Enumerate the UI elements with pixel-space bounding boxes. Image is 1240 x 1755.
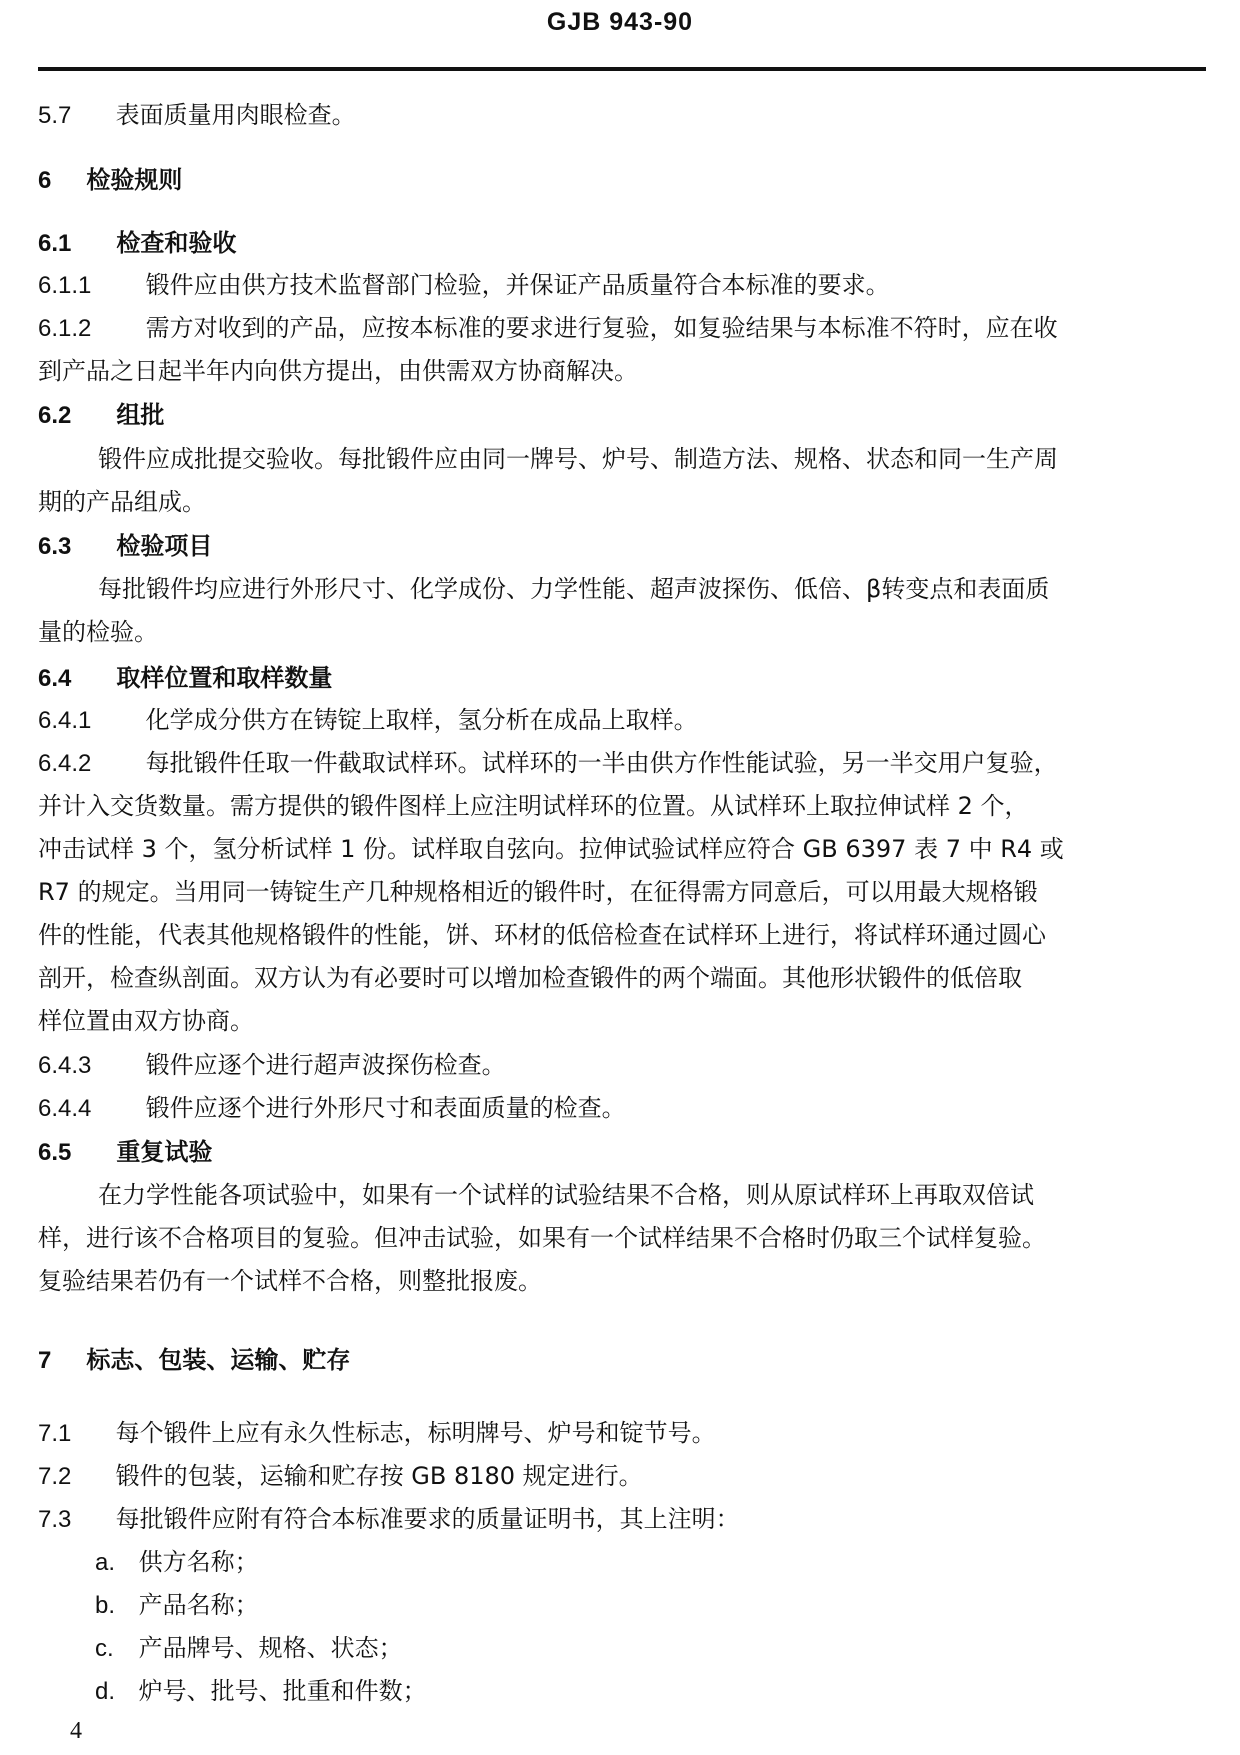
clause-6-1-1: 6.1.1 锻件应由供方技术监督部门检验，并保证产品质量符合本标准的要求。: [38, 270, 890, 301]
section-number: 6: [38, 166, 78, 196]
clause-text: 锻件的包装，运输和贮存按 GB 8180 规定进行。: [116, 1462, 643, 1490]
standard-code-header: GJB 943-90: [0, 8, 1240, 37]
header-rule: [38, 67, 1206, 71]
clause-6-4-4: 6.4.4 锻件应逐个进行外形尺寸和表面质量的检查。: [38, 1093, 626, 1124]
clause-number: 6.1: [38, 229, 108, 259]
section-title: 标志、包装、运输、贮存: [86, 1346, 350, 1374]
section-7-heading: 7 标志、包装、运输、贮存: [38, 1345, 350, 1376]
paragraph-line: 锻件应成批提交验收。每批锻件应由同一牌号、炉号、制造方法、规格、状态和同一生产周: [98, 444, 1058, 474]
list-item: c. 产品牌号、规格、状态；: [95, 1633, 403, 1664]
clause-6-1-heading: 6.1 检查和验收: [38, 228, 236, 259]
clause-number: 7.1: [38, 1419, 108, 1449]
clause-text: 每个锻件上应有永久性标志，标明牌号、炉号和锭节号。: [116, 1419, 716, 1447]
clause-text-line: 剖开，检查纵剖面。双方认为有必要时可以增加检查锻件的两个端面。其他形状锻件的低倍…: [38, 963, 1022, 993]
list-item: d. 炉号、批号、批重和件数；: [95, 1676, 427, 1707]
clause-number: 6.4.2: [38, 749, 138, 779]
clause-text-line: 到产品之日起半年内向供方提出，由供需双方协商解决。: [38, 356, 638, 386]
section-number: 7: [38, 1346, 78, 1376]
page-number: 4: [70, 1718, 82, 1745]
clause-number: 7.3: [38, 1505, 108, 1535]
list-item-text: 供方名称；: [139, 1548, 259, 1576]
list-item-text: 产品牌号、规格、状态；: [139, 1634, 403, 1662]
clause-7-2: 7.2 锻件的包装，运输和贮存按 GB 8180 规定进行。: [38, 1461, 643, 1492]
clause-title: 重复试验: [116, 1138, 212, 1166]
clause-number: 6.2: [38, 401, 108, 431]
clause-number: 6.5: [38, 1138, 108, 1168]
clause-6-1-2: 6.1.2 需方对收到的产品，应按本标准的要求进行复验，如复验结果与本标准不符时…: [38, 313, 1058, 344]
clause-6-5-heading: 6.5 重复试验: [38, 1137, 212, 1168]
paragraph-line: 期的产品组成。: [38, 487, 206, 517]
clause-title: 组批: [116, 401, 164, 429]
clause-6-4-3: 6.4.3 锻件应逐个进行超声波探伤检查。: [38, 1050, 506, 1081]
paragraph-line: 样，进行该不合格项目的复验。但冲击试验，如果有一个试样结果不合格时仍取三个试样复…: [38, 1223, 1046, 1253]
clause-6-2-heading: 6.2 组批: [38, 400, 164, 431]
clause-6-4-heading: 6.4 取样位置和取样数量: [38, 663, 332, 694]
clause-number: 6.1.2: [38, 314, 138, 344]
clause-title: 检查和验收: [116, 229, 236, 257]
list-marker: a.: [95, 1548, 131, 1578]
clause-text-line: R7 的规定。当用同一铸锭生产几种规格相近的锻件时，在征得需方同意后，可以用最大…: [38, 877, 1038, 907]
clause-number: 6.4.1: [38, 706, 138, 736]
clause-text: 锻件应由供方技术监督部门检验，并保证产品质量符合本标准的要求。: [146, 271, 890, 299]
paragraph-line: 量的检验。: [38, 617, 158, 647]
list-item-text: 产品名称；: [139, 1591, 259, 1619]
clause-text-line: 需方对收到的产品，应按本标准的要求进行复验，如复验结果与本标准不符时，应在收: [146, 314, 1058, 342]
paragraph-line: 复验结果若仍有一个试样不合格，则整批报废。: [38, 1266, 542, 1296]
clause-text: 锻件应逐个进行外形尺寸和表面质量的检查。: [146, 1094, 626, 1122]
clause-number: 6.3: [38, 532, 108, 562]
clause-number: 6.4.4: [38, 1094, 138, 1124]
list-marker: c.: [95, 1634, 131, 1664]
clause-7-1: 7.1 每个锻件上应有永久性标志，标明牌号、炉号和锭节号。: [38, 1418, 716, 1449]
clause-6-3-heading: 6.3 检验项目: [38, 531, 212, 562]
clause-number: 7.2: [38, 1462, 108, 1492]
clause-6-4-2: 6.4.2 每批锻件任取一件截取试样环。试样环的一半由供方作性能试验，另一半交用…: [38, 748, 1058, 779]
clause-text-line: 每批锻件任取一件截取试样环。试样环的一半由供方作性能试验，另一半交用户复验，: [146, 749, 1058, 777]
clause-5-7: 5.7 表面质量用肉眼检查。: [38, 100, 356, 131]
clause-text: 锻件应逐个进行超声波探伤检查。: [146, 1051, 506, 1079]
clause-7-3: 7.3 每批锻件应附有符合本标准要求的质量证明书，其上注明：: [38, 1504, 740, 1535]
clause-title: 取样位置和取样数量: [116, 664, 332, 692]
clause-text-line: 并计入交货数量。需方提供的锻件图样上应注明试样环的位置。从试样环上取拉伸试样 2…: [38, 791, 1029, 821]
clause-number: 6.1.1: [38, 271, 138, 301]
clause-text: 每批锻件应附有符合本标准要求的质量证明书，其上注明：: [116, 1505, 740, 1533]
clause-number: 6.4.3: [38, 1051, 138, 1081]
clause-title: 检验项目: [116, 532, 212, 560]
paragraph-line: 每批锻件均应进行外形尺寸、化学成份、力学性能、超声波探伤、低倍、β转变点和表面质: [98, 574, 1049, 604]
clause-text: 化学成分供方在铸锭上取样，氢分析在成品上取样。: [146, 706, 698, 734]
clause-text-line: 冲击试样 3 个，氢分析试样 1 份。试样取自弦向。拉伸试验试样应符合 GB 6…: [38, 834, 1064, 864]
paragraph-line: 在力学性能各项试验中，如果有一个试样的试验结果不合格，则从原试样环上再取双倍试: [98, 1180, 1034, 1210]
list-item: b. 产品名称；: [95, 1590, 259, 1621]
section-6-heading: 6 检验规则: [38, 165, 182, 196]
clause-text-line: 样位置由双方协商。: [38, 1006, 254, 1036]
list-marker: b.: [95, 1591, 131, 1621]
clause-text: 表面质量用肉眼检查。: [116, 101, 356, 129]
section-title: 检验规则: [86, 166, 182, 194]
list-item-text: 炉号、批号、批重和件数；: [139, 1677, 427, 1705]
clause-6-4-1: 6.4.1 化学成分供方在铸锭上取样，氢分析在成品上取样。: [38, 705, 698, 736]
list-marker: d.: [95, 1677, 131, 1707]
clause-number: 5.7: [38, 101, 108, 131]
clause-number: 6.4: [38, 664, 108, 694]
clause-text-line: 件的性能，代表其他规格锻件的性能，饼、环材的低倍检查在试样环上进行，将试样环通过…: [38, 920, 1046, 950]
list-item: a. 供方名称；: [95, 1547, 259, 1578]
